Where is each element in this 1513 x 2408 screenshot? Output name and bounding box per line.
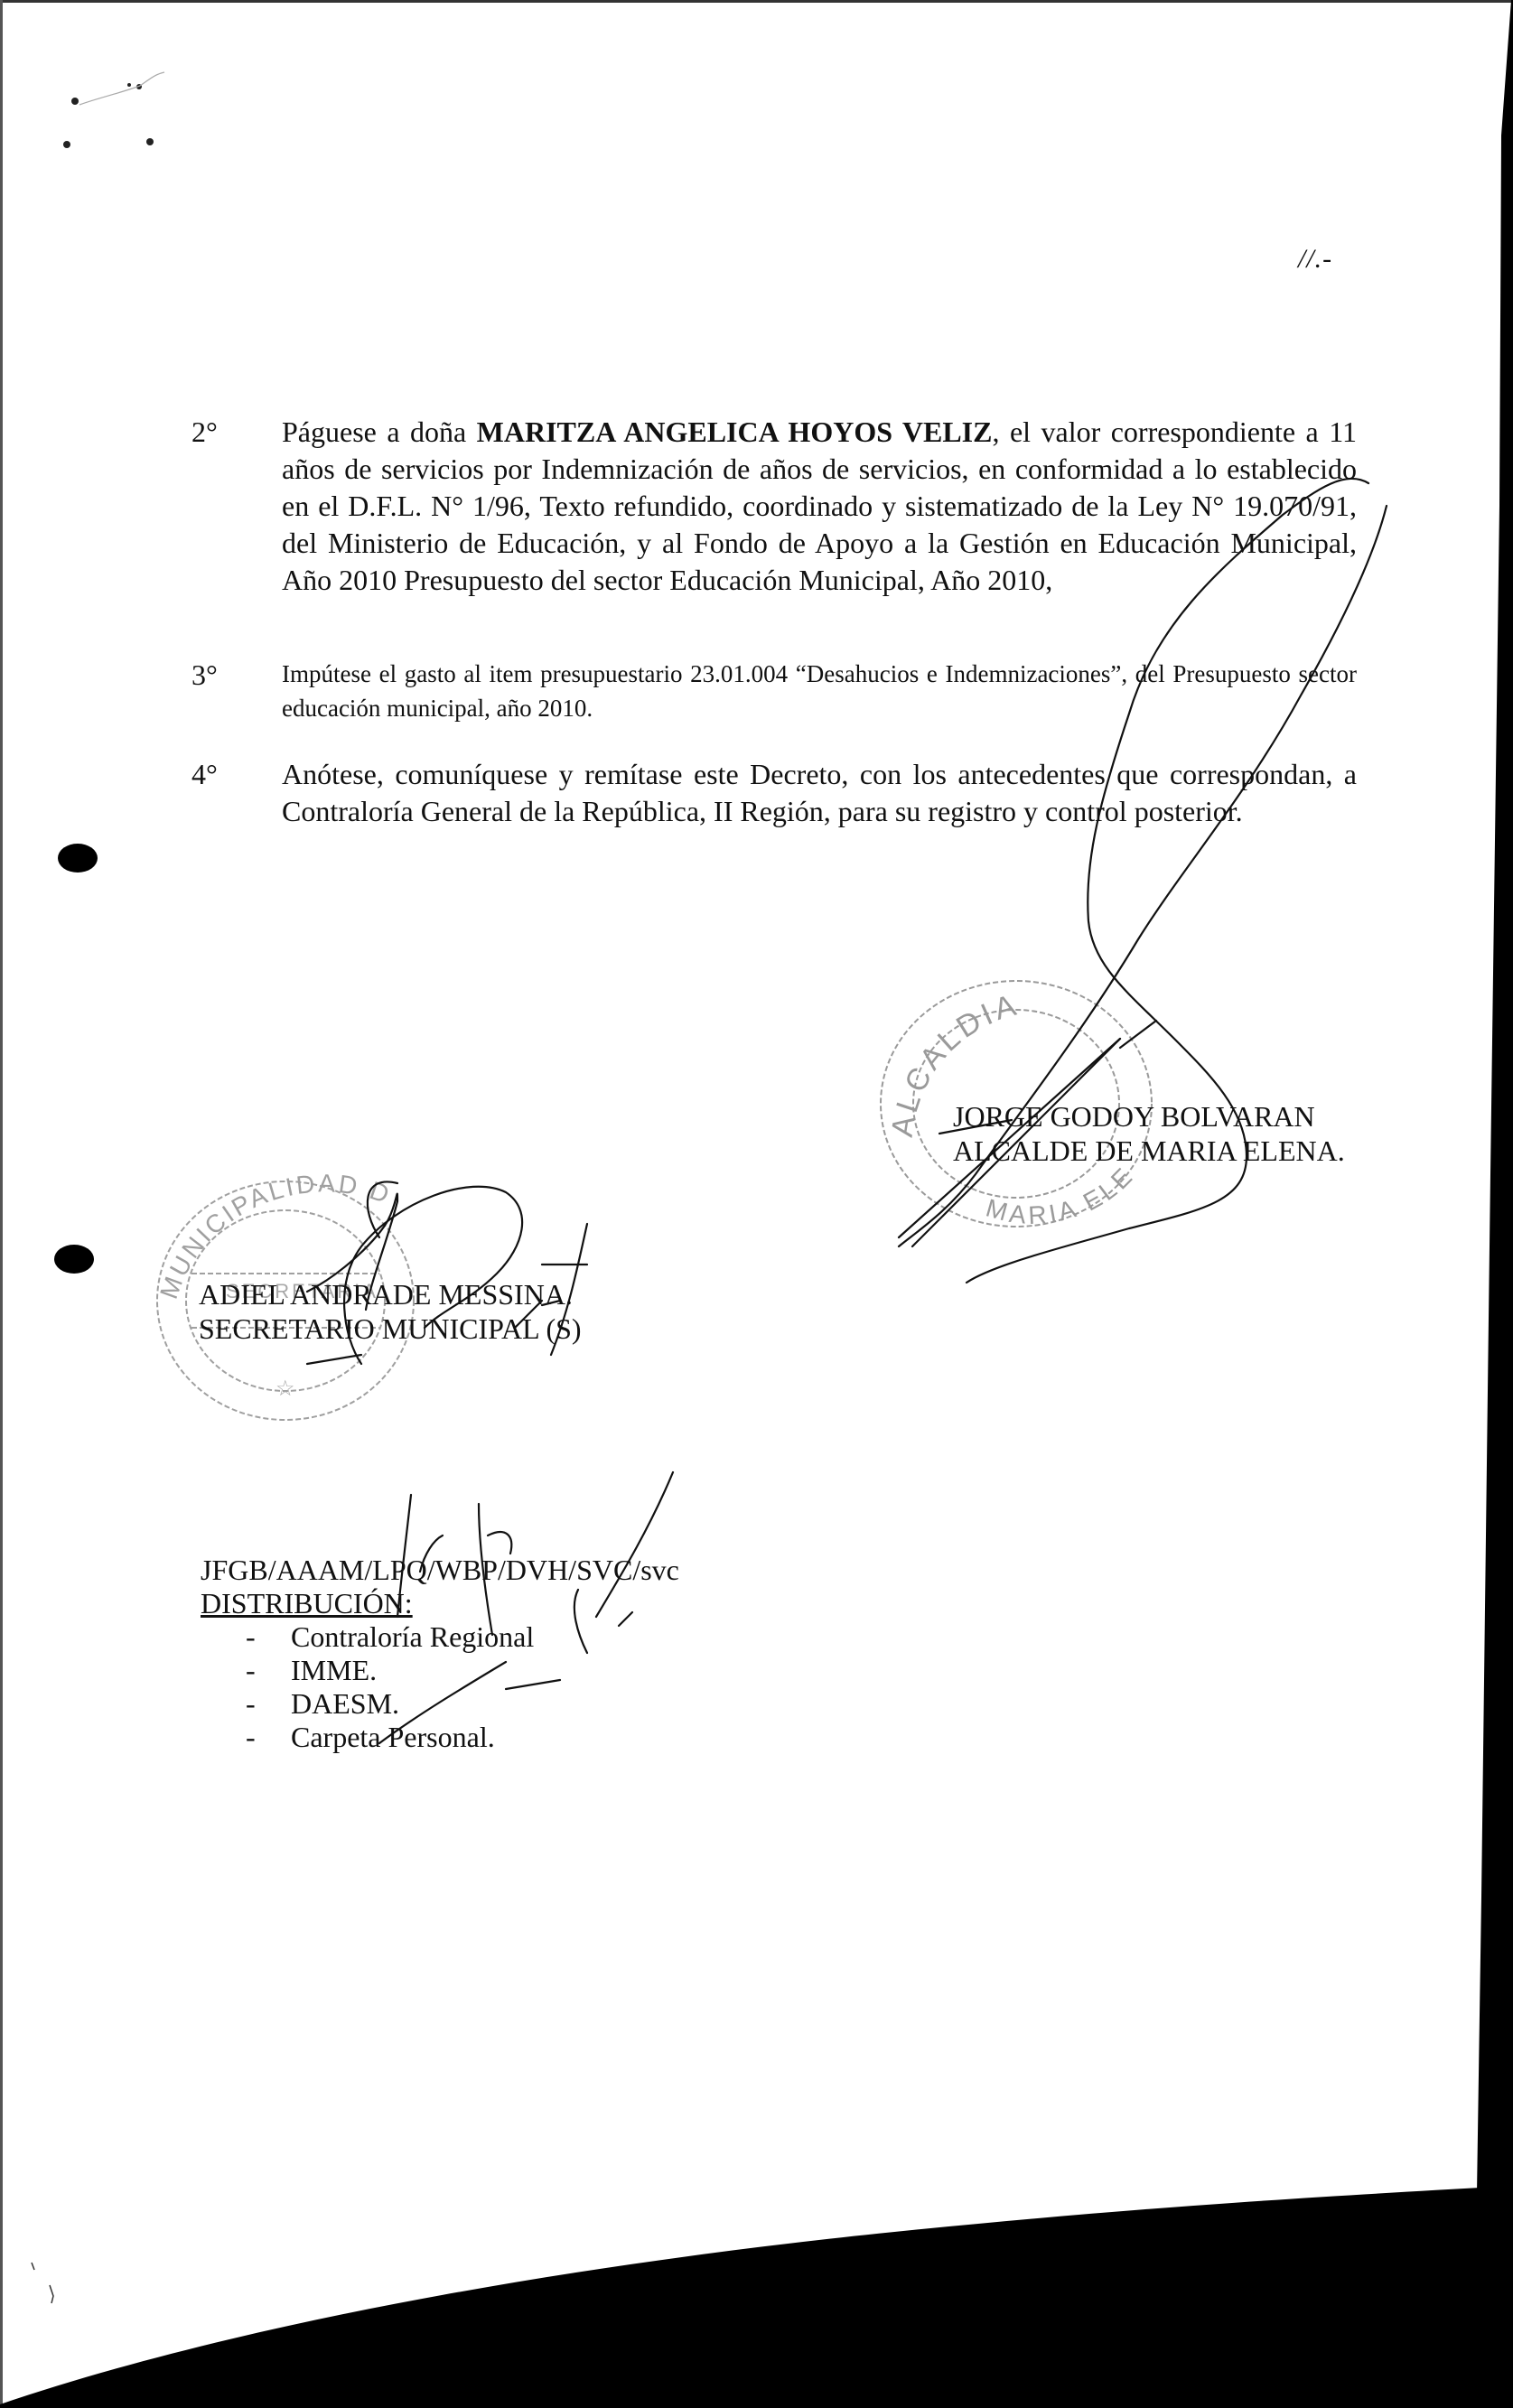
distribution-list: -Contraloría Regional -IMME. -DAESM. -Ca… bbox=[201, 1620, 679, 1754]
references-block: JFGB/AAAM/LPQ/WBP/DVH/SVC/svc DISTRIBUCI… bbox=[201, 1554, 679, 1754]
distribution-title: DISTRIBUCIÓN: bbox=[201, 1587, 679, 1620]
punch-hole bbox=[54, 1245, 94, 1274]
secretary-signature-block: ADIEL ANDRADE MESSINA. SECRETARIO MUNICI… bbox=[199, 1277, 582, 1346]
distribution-item: -DAESM. bbox=[201, 1687, 679, 1721]
clause-number: 3° bbox=[191, 657, 218, 694]
mayor-name: JORGE GODOY BOLVARAN bbox=[953, 1099, 1345, 1134]
clause-text-start: Páguese a doña bbox=[282, 415, 477, 448]
distribution-item: -Contraloría Regional bbox=[201, 1620, 679, 1654]
clause-number: 2° bbox=[191, 414, 218, 451]
list-bullet: - bbox=[246, 1620, 256, 1654]
stamp-text: MUNICIPALIDAD DE MARIA ELENA bbox=[0, 0, 396, 1302]
official-stamps: ALCALDIA MARIA ELENA SECRETARIA MUNICIPA… bbox=[0, 0, 1513, 2408]
distribution-item-label: IMME. bbox=[291, 1654, 377, 1686]
clause-text: Anótese, comuníquese y remítase este Dec… bbox=[282, 756, 1357, 830]
handwritten-signatures bbox=[0, 0, 1513, 2408]
distribution-item: -IMME. bbox=[201, 1654, 679, 1687]
clause-text: Páguese a doña MARITZA ANGELICA HOYOS VE… bbox=[282, 414, 1357, 599]
beneficiary-name: MARITZA ANGELICA HOYOS VELIZ bbox=[477, 415, 993, 448]
distribution-item-label: Carpeta Personal. bbox=[291, 1721, 495, 1753]
distribution-item: -Carpeta Personal. bbox=[201, 1721, 679, 1754]
distribution-item-label: Contraloría Regional bbox=[291, 1620, 534, 1653]
secretary-name: ADIEL ANDRADE MESSINA. bbox=[199, 1277, 582, 1311]
svg-text:MARIA ELENA: MARIA ELENA bbox=[0, 0, 1140, 1229]
clause-number: 4° bbox=[191, 756, 218, 793]
secretary-title: SECRETARIO MUNICIPAL (S) bbox=[199, 1311, 582, 1346]
scan-borders bbox=[0, 0, 1513, 2408]
svg-text:☆: ☆ bbox=[276, 1377, 295, 1401]
list-bullet: - bbox=[246, 1721, 256, 1754]
mayor-title: ALCALDE DE MARIA ELENA. bbox=[953, 1134, 1345, 1168]
page-continuation-mark: //.- bbox=[1298, 244, 1332, 275]
stamp-text: MARIA ELENA bbox=[0, 0, 1140, 1229]
punch-hole bbox=[58, 844, 98, 873]
list-bullet: - bbox=[246, 1654, 256, 1687]
svg-text:MUNICIPALIDAD DE MARIA ELENA: MUNICIPALIDAD DE MARIA ELENA bbox=[0, 0, 396, 1302]
list-bullet: - bbox=[246, 1687, 256, 1721]
mayor-signature-block: JORGE GODOY BOLVARAN ALCALDE DE MARIA EL… bbox=[953, 1099, 1345, 1168]
scanned-document-page: //.- 2° Páguese a doña MARITZA ANGELICA … bbox=[0, 0, 1513, 2408]
responsibility-initials: JFGB/AAAM/LPQ/WBP/DVH/SVC/svc bbox=[201, 1554, 679, 1587]
clause-text: Impútese el gasto al item presupuestario… bbox=[282, 657, 1357, 725]
distribution-item-label: DAESM. bbox=[291, 1687, 399, 1720]
